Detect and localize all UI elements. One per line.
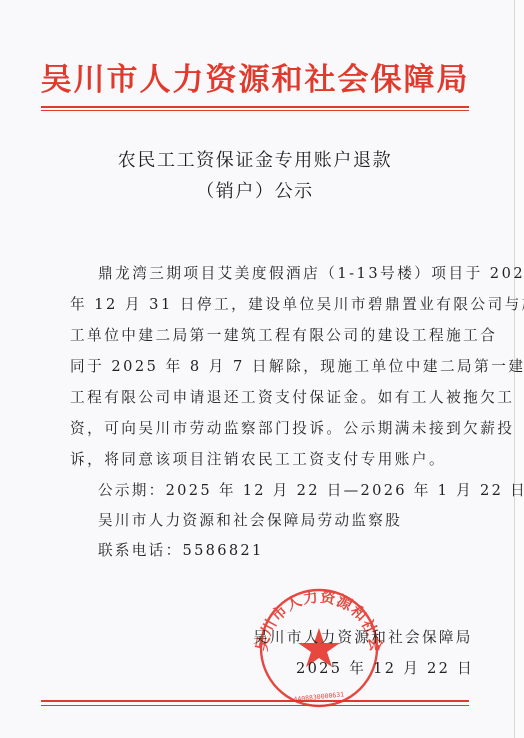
signature-issuer: 吴川市人力资源和社会保障局: [253, 628, 473, 648]
notice-period-value: 2025 年 12 月 22 日—2026 年 1 月 22 日: [166, 482, 524, 499]
letterhead-title: 吴川市人力资源和社会保障局: [40, 62, 470, 98]
document-title-line2: （销户）公示: [40, 181, 470, 203]
contact-info: 联系电话：5586821: [98, 541, 264, 561]
department-name: 吴川市人力资源和社会保障局劳动监察股: [98, 511, 402, 531]
body-line-6: 资，可向吴川市劳动监察部门投诉。公示期满未接到欠薪投: [70, 419, 435, 439]
body-line-5: 工程有限公司申请退还工资支付保证金。如有工人被拖欠工: [70, 388, 435, 408]
official-seal-icon: 吴川市人力资源和社会保障局 4408830000631: [253, 588, 385, 708]
document-title-line1: 农民工工资保证金专用账户退款: [40, 150, 470, 172]
seal-serial: 4408830000631: [293, 690, 345, 703]
body-line-1: 鼎龙湾三期项目艾美度假酒店（1-13号楼）项目于 2021: [98, 264, 435, 284]
letterhead-rule-thick: [41, 106, 469, 108]
body-line-7: 诉，将同意该项目注销农民工工资支付专用账户。: [70, 450, 435, 470]
letterhead-rule-thin: [41, 110, 469, 111]
contact-label: 联系电话：: [98, 542, 182, 559]
body-line-3: 工单位中建二局第一建筑工程有限公司的建设工程施工合: [70, 326, 435, 346]
body-line-2: 年 12 月 31 日停工，建设单位吴川市碧鼎置业有限公司与施: [70, 295, 435, 315]
contact-phone: 5586821: [182, 542, 263, 559]
notice-period: 公示期：2025 年 12 月 22 日—2026 年 1 月 22 日: [98, 481, 524, 501]
signature-date: 2025 年 12 月 22 日: [296, 659, 474, 679]
body-line-4: 同于 2025 年 8 月 7 日解除，现施工单位中建二局第一建筑: [70, 357, 435, 377]
notice-period-label: 公示期：: [98, 482, 166, 499]
